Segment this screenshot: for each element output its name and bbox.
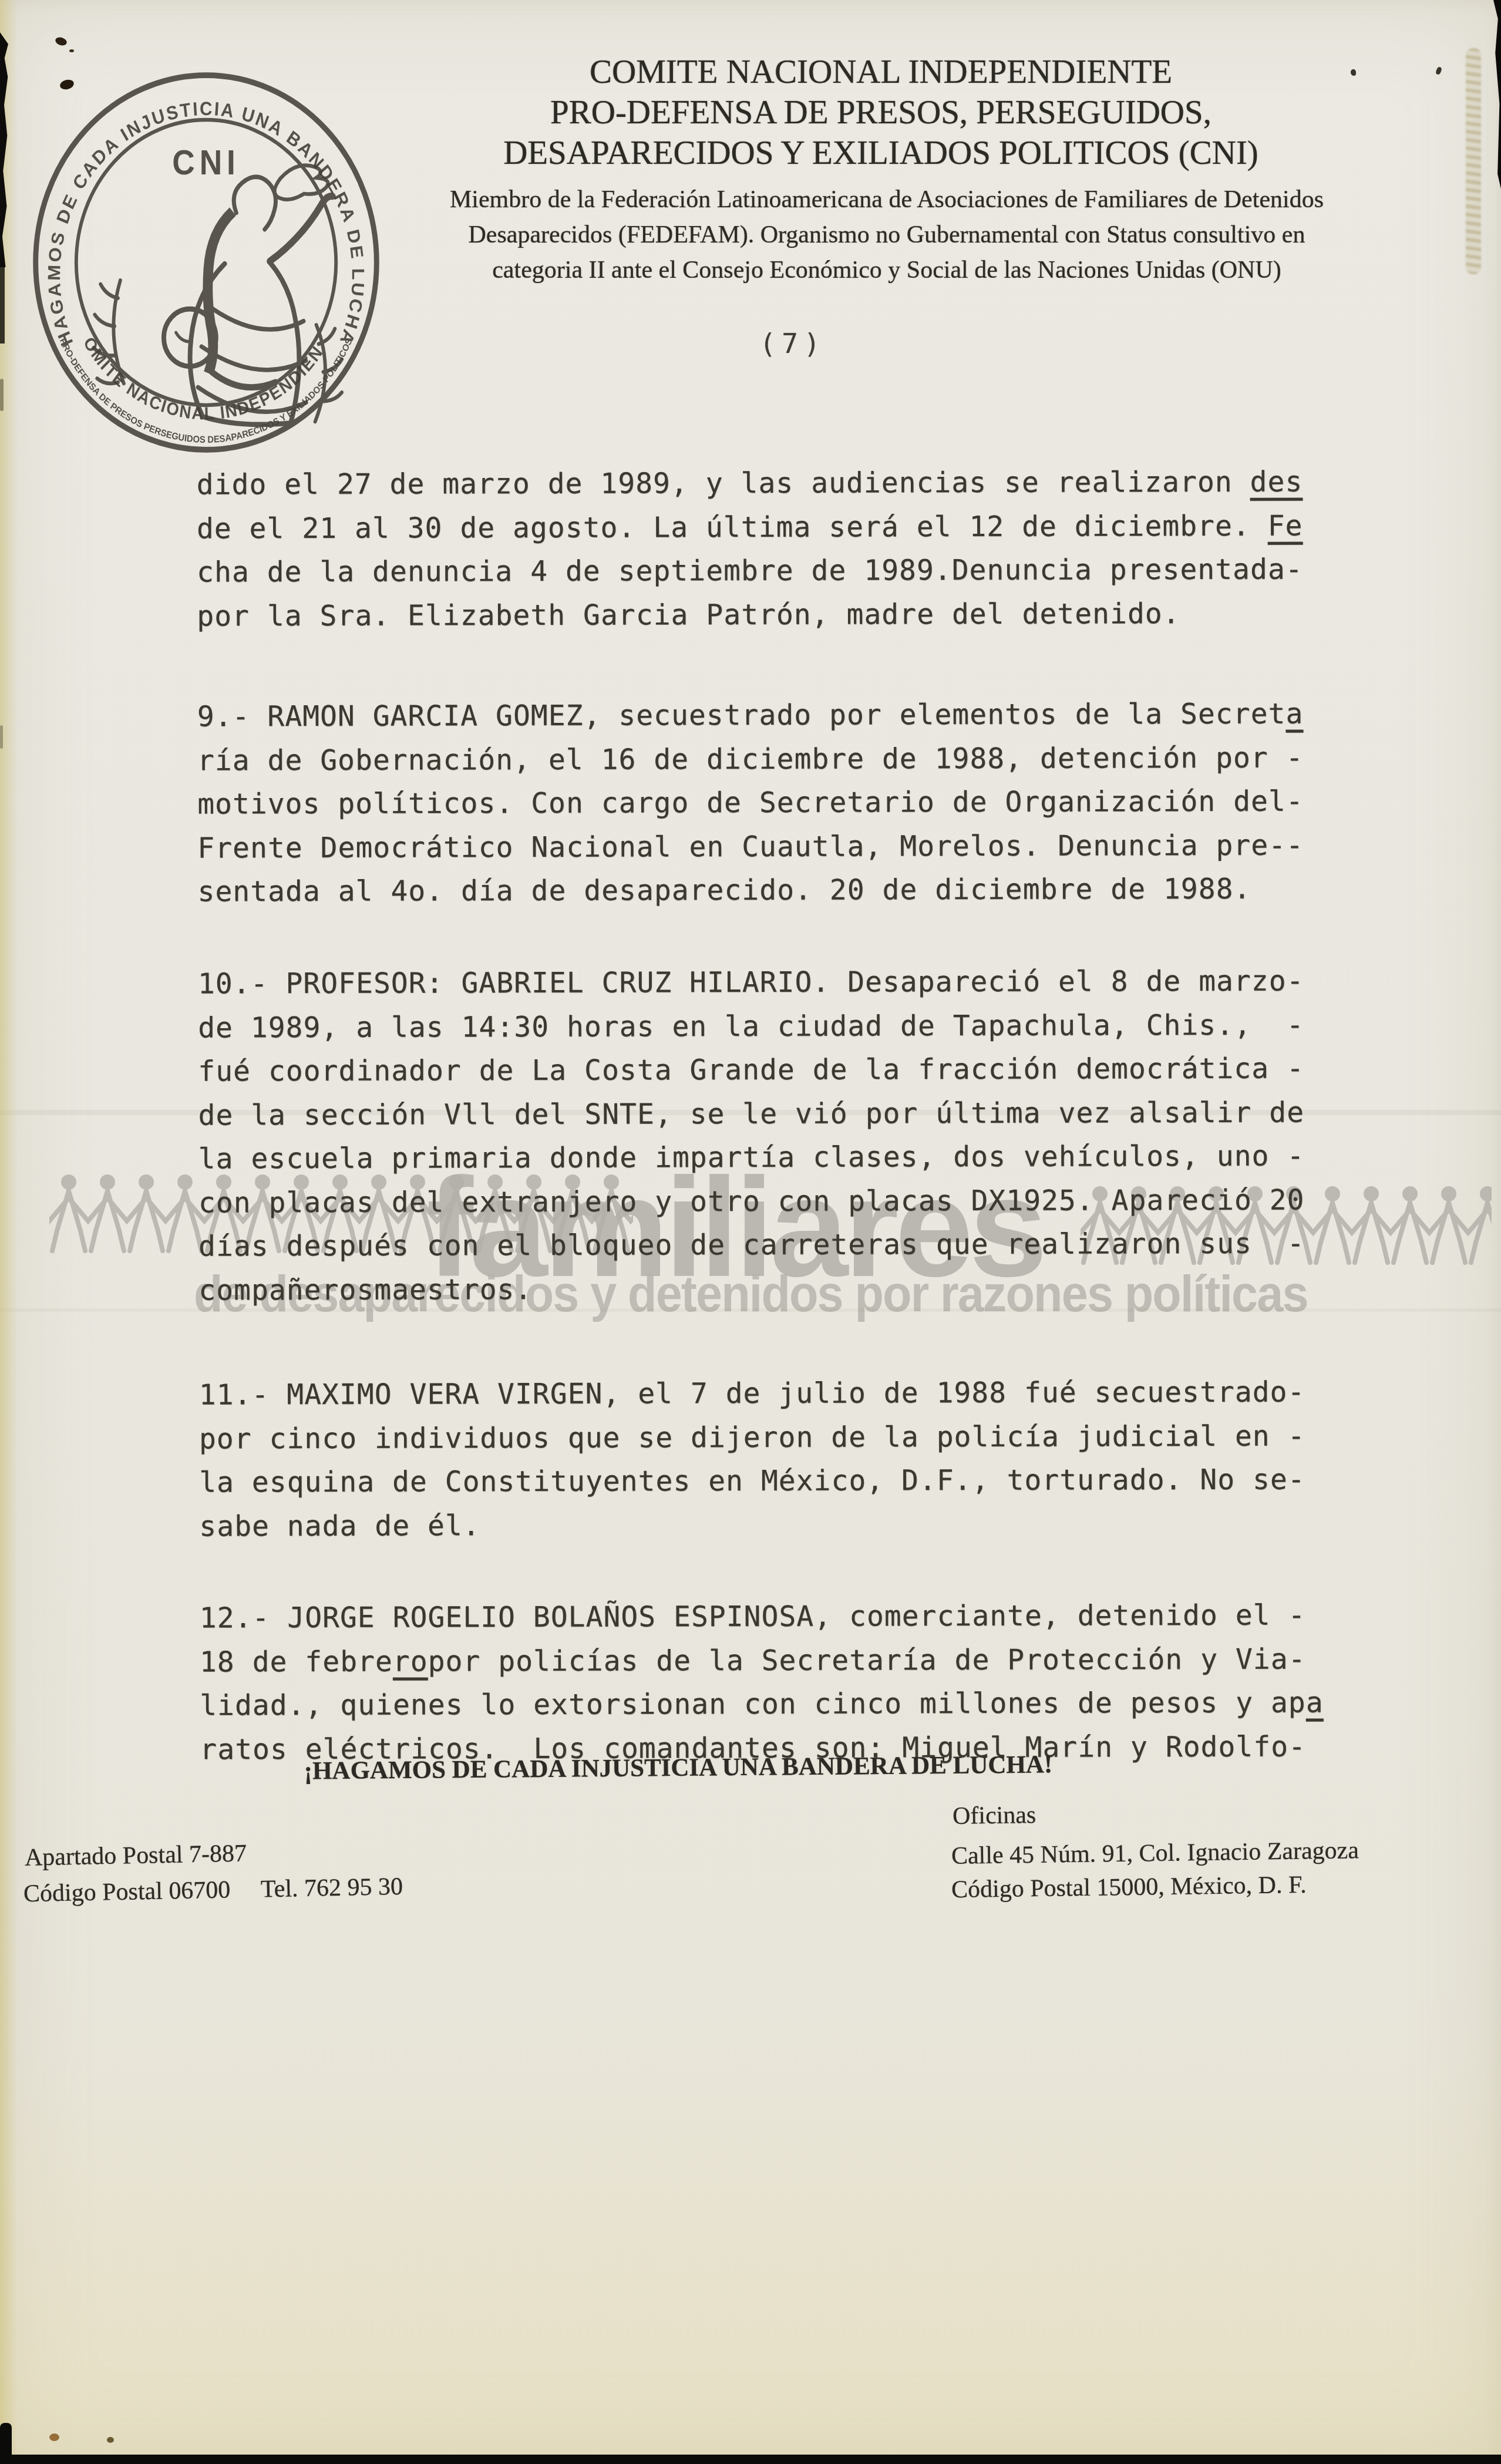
- footer-apartado-postal: Apartado Postal 7-887: [25, 1839, 247, 1871]
- body-line: por cinco individuos que se dijeron de l…: [199, 1419, 1305, 1455]
- scanned-document-page: HAGAMOS DE CADA INJUSTICIA UNA BANDERA D…: [0, 0, 1501, 2464]
- body-text-segment: de el 21 al 30 de agosto. La última será…: [197, 509, 1268, 545]
- body-text-segment: con placas del extranjero y otro con pla…: [198, 1183, 1305, 1219]
- body-text-segment: de 1989, a las 14:30 horas en la ciudad …: [198, 1008, 1304, 1044]
- body-text-segment: por policías de la Secretaría de Protecc…: [428, 1642, 1306, 1678]
- body-text-segment: 10.- PROFESOR: GABRIEL CRUZ HILARIO. Des…: [198, 965, 1304, 1001]
- footer-oficinas-label: Oficinas: [953, 1801, 1036, 1830]
- body-line: con placas del extranjero y otro con pla…: [198, 1183, 1305, 1219]
- body-text-segment: de la sección Vll del SNTE, se le vió po…: [198, 1096, 1304, 1132]
- body-line: ría de Gobernación, el 16 de diciembre d…: [197, 741, 1304, 777]
- body-line: 9.- RAMON GARCIA GOMEZ, secuestrado por …: [197, 698, 1304, 733]
- body-line: 12.- JORGE ROGELIO BOLAÑOS ESPINOSA, com…: [200, 1599, 1306, 1635]
- body-text-segment: lidad., quienes lo extorsionan con cinco…: [200, 1687, 1306, 1722]
- footer-office-postal: Código Postal 15000, México, D. F.: [951, 1871, 1307, 1904]
- body-line: fué coordinador de La Costa Grande de la…: [198, 1052, 1304, 1088]
- body-line: motivos políticos. Con cargo de Secretar…: [197, 785, 1304, 821]
- body-text-segment: sabe nada de él.: [199, 1509, 480, 1543]
- body-text-segment: dido el 27 de marzo de 1989, y las audie…: [197, 466, 1250, 501]
- typewritten-body: dido el 27 de marzo de 1989, y las audie…: [0, 0, 1501, 2464]
- body-text-segment: cha de la denuncia 4 de septiembre de 19…: [197, 553, 1303, 589]
- body-text-segment: 9.- RAMON GARCIA GOMEZ, secuestrado por …: [197, 698, 1286, 733]
- body-text-segment: compañerosmaestros.: [198, 1273, 532, 1306]
- body-text-segment: por la Sra. Elizabeth Garcia Patrón, mad…: [197, 597, 1180, 632]
- body-text-segment: 11.- MAXIMO VERA VIRGEN, el 7 de julio d…: [199, 1376, 1305, 1412]
- body-line: 11.- MAXIMO VERA VIRGEN, el 7 de julio d…: [199, 1376, 1305, 1412]
- body-line: 18 de febreropor policías de la Secretar…: [200, 1642, 1306, 1678]
- body-text-segment: fué coordinador de La Costa Grande de la…: [198, 1052, 1304, 1088]
- body-text-segment: la esquina de Constituyentes en México, …: [199, 1463, 1305, 1499]
- underlined-syllable: ro: [393, 1645, 428, 1678]
- body-text-segment: motivos políticos. Con cargo de Secretar…: [197, 785, 1304, 821]
- underlined-syllable: Fe: [1268, 509, 1303, 542]
- body-text-segment: 12.- JORGE ROGELIO BOLAÑOS ESPINOSA, com…: [200, 1599, 1306, 1635]
- body-text-segment: sentada al 4o. día de desaparecido. 20 d…: [197, 873, 1251, 908]
- body-line: de la sección Vll del SNTE, se le vió po…: [198, 1096, 1304, 1132]
- body-line: días después con el bloqueo de carretera…: [198, 1227, 1305, 1263]
- body-line: sentada al 4o. día de desaparecido. 20 d…: [197, 873, 1251, 908]
- body-line: lidad., quienes lo extorsionan con cinco…: [200, 1686, 1324, 1722]
- body-text-segment: la escuela primaria donde impartía clase…: [198, 1140, 1305, 1176]
- body-line: sabe nada de él.: [199, 1509, 480, 1543]
- body-line: por la Sra. Elizabeth Garcia Patrón, mad…: [197, 597, 1180, 632]
- underlined-syllable: a: [1285, 698, 1303, 731]
- body-line: 10.- PROFESOR: GABRIEL CRUZ HILARIO. Des…: [198, 965, 1304, 1001]
- body-text-segment: días después con el bloqueo de carretera…: [198, 1227, 1305, 1263]
- body-line: de el 21 al 30 de agosto. La última será…: [197, 509, 1303, 545]
- body-line: cha de la denuncia 4 de septiembre de 19…: [197, 553, 1303, 589]
- underlined-syllable: des: [1250, 466, 1303, 499]
- body-line: compañerosmaestros.: [198, 1273, 532, 1306]
- body-text-segment: 18 de febre: [200, 1645, 393, 1678]
- footer-office-address: Calle 45 Núm. 91, Col. Ignacio Zaragoza: [951, 1836, 1359, 1870]
- body-text-segment: Frente Democrático Nacional en Cuautla, …: [197, 829, 1304, 864]
- body-line: la escuela primaria donde impartía clase…: [198, 1140, 1305, 1176]
- body-line: la esquina de Constituyentes en México, …: [199, 1463, 1305, 1499]
- body-line: Frente Democrático Nacional en Cuautla, …: [197, 829, 1304, 864]
- body-line: dido el 27 de marzo de 1989, y las audie…: [197, 466, 1303, 501]
- body-text-segment: por cinco individuos que se dijeron de l…: [199, 1419, 1305, 1455]
- body-text-segment: ría de Gobernación, el 16 de diciembre d…: [197, 741, 1304, 777]
- body-line: de 1989, a las 14:30 horas en la ciudad …: [198, 1008, 1304, 1044]
- underlined-syllable: a: [1306, 1686, 1324, 1719]
